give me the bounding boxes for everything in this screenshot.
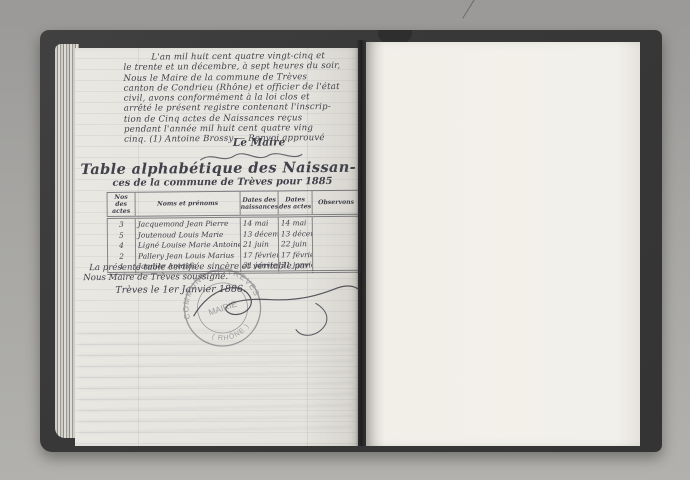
table-title-line2: ces de la commune de Trèves pour 1885 <box>88 176 356 189</box>
cell-name: Jacquemond Jean Pierre <box>135 217 240 230</box>
scan-background: L'an mil huit cent quatre vingt-cinq et … <box>0 0 690 480</box>
cell-observation <box>312 216 360 228</box>
statement-line: le trente et un décembre, à sept heures … <box>123 61 357 73</box>
cell-act-number: 3 <box>107 218 135 230</box>
header-act-dates: Dates des actes <box>278 191 312 217</box>
mayor-title: Le Maire <box>204 136 314 149</box>
cell-act-date: 14 mai <box>278 216 312 228</box>
register-book: L'an mil huit cent quatre vingt-cinq et … <box>40 30 662 452</box>
header-names: Noms et prénoms <box>135 191 240 217</box>
cell-observation <box>312 228 360 239</box>
cell-observation <box>313 249 361 260</box>
right-page-blank <box>366 42 640 446</box>
mayor-signature-flourish <box>187 273 373 353</box>
header-observations: Observons <box>312 190 360 216</box>
header-birth-dates: Dates des naissances <box>240 191 278 217</box>
cell-act-number: 2 <box>108 251 136 262</box>
cell-act-date: 13 décembre <box>278 228 312 239</box>
cell-act-date: 17 février <box>279 249 313 260</box>
cell-act-number: 5 <box>107 230 135 241</box>
left-page: L'an mil huit cent quatre vingt-cinq et … <box>75 48 358 446</box>
cell-act-number: 4 <box>107 240 135 251</box>
cell-observation <box>313 259 361 271</box>
cell-birth-date: 13 décembre <box>240 228 278 239</box>
cell-name: Ligné Louise Marie Antoinette <box>135 239 240 250</box>
table-header-row: Nos des actes Noms et prénoms Dates des … <box>107 190 360 218</box>
cell-observation <box>312 238 360 249</box>
cell-act-date: 22 juin <box>278 239 312 250</box>
header-act-number: Nos des actes <box>107 192 135 218</box>
statement-line: arrêté le présent registre contenant l'i… <box>124 102 358 114</box>
background-scratch-mark <box>462 0 475 19</box>
cell-birth-date: 21 juin <box>240 239 278 250</box>
closing-statement: L'an mil huit cent quatre vingt-cinq et … <box>123 51 358 146</box>
cell-birth-date: 14 mai <box>240 216 278 228</box>
